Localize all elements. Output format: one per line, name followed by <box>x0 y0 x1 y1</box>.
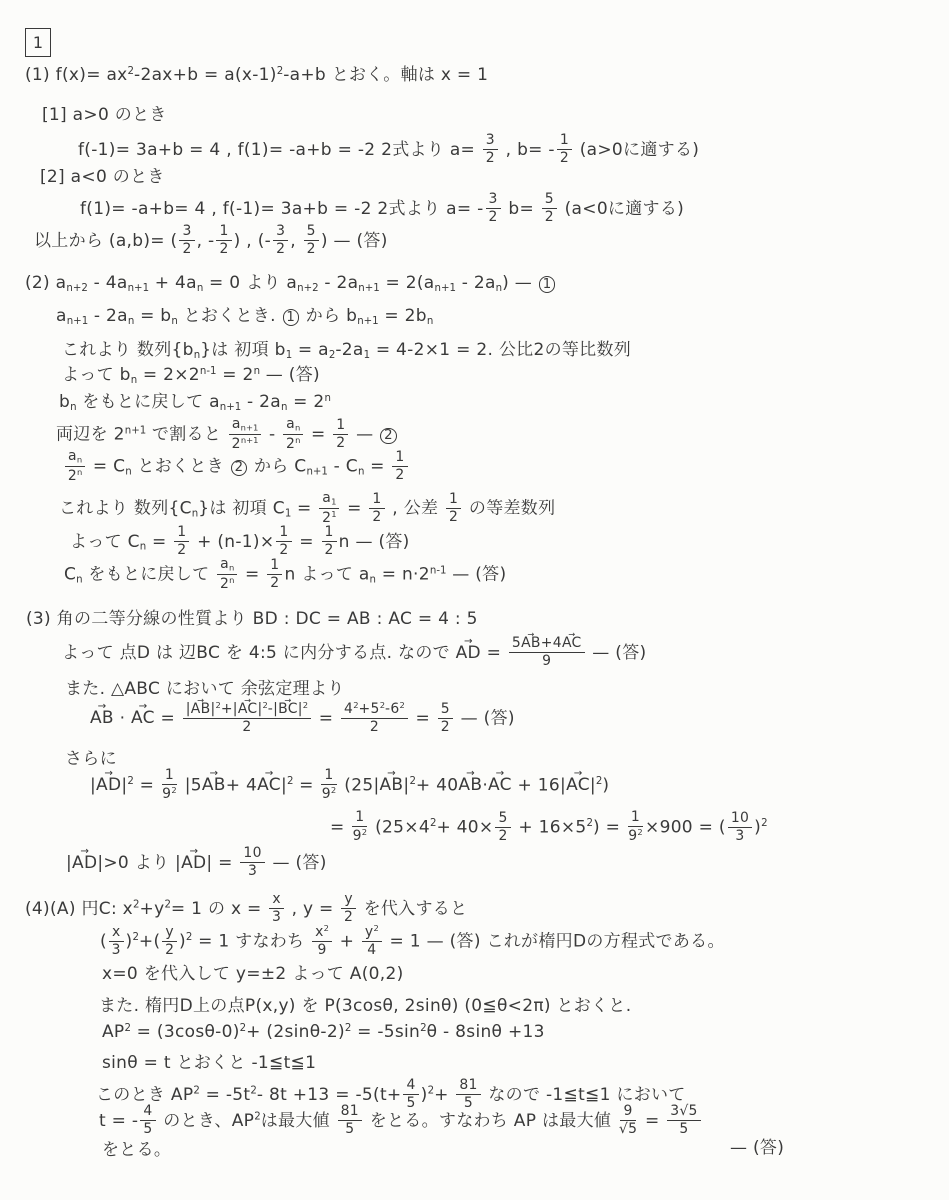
math-line: — (答) <box>730 1137 784 1159</box>
math-line: AP2 = (3cosθ-0)2+ (2sinθ-2)2 = -5sin2θ -… <box>102 1021 545 1043</box>
math-line: f(1)= -a+b= 4 , f(-1)= 3a+b = -2 2式より a=… <box>80 192 684 226</box>
math-line: bn をもとに戻して an+1 - 2an = 2n <box>59 391 331 414</box>
math-line: また. 楕円D上の点P(x,y) を P(3cosθ, 2sinθ) (0≦θ<… <box>99 995 631 1017</box>
math-line: また. △ABC において 余弦定理より <box>65 678 345 700</box>
math-line: (x3)2+(y2)2 = 1 すなわち x29 + y24 = 1 — (答)… <box>100 924 725 959</box>
math-line: をとる。 <box>102 1139 171 1161</box>
math-line: |AD|2 = 192 |5AB+ 4AC|2 = 192 (25|AB|2+ … <box>90 768 609 803</box>
math-line: (2) an+2 - 4an+1 + 4an = 0 より an+2 - 2an… <box>25 272 556 295</box>
math-line: an2n = Cn とおくとき 2 から Cn+1 - Cn = 12 <box>63 449 410 484</box>
answer-sheet: 1 (1) f(x)= ax2-2ax+b = a(x-1)2-a+b とおく。… <box>0 0 949 1200</box>
math-line: = 192 (25×42+ 40×52 + 16×52) = 192×900 =… <box>330 810 768 845</box>
math-line: よって 点D は 辺BC を 4:5 に内分する点. なので AD = 5AB+… <box>62 636 646 670</box>
math-line: [2] a<0 のとき <box>40 166 165 188</box>
math-line: (3) 角の二等分線の性質より BD : DC = AB : AC = 4 : … <box>26 608 478 630</box>
math-line: t = -45 のとき、AP2は最大値 815 をとる。すなわち AP は最大値… <box>99 1104 703 1138</box>
math-line: (4)(A) 円C: x2+y2= 1 の x = x3 , y = y2 を代… <box>25 892 467 926</box>
math-line: これより 数列{bn}は 初項 b1 = a2-2a1 = 4-2×1 = 2.… <box>62 339 631 362</box>
math-line: AB · AC = |AB|2+|AC|2-|BC|22 = 42+52-622… <box>90 701 515 736</box>
math-line: f(-1)= 3a+b = 4 , f(1)= -a+b = -2 2式より a… <box>78 133 699 167</box>
math-line: sinθ = t とおくと -1≦t≦1 <box>102 1052 316 1074</box>
math-line: よって Cn = 12 + (n-1)×12 = 12n — (答) <box>70 525 410 559</box>
math-line: Cn をもとに戻して an2n = 12n よって an = n·2n-1 — … <box>64 557 506 592</box>
math-line: 両辺を 2n+1 で割ると an+12n+1 - an2n = 12 — 2 <box>56 417 398 452</box>
math-line: (1) f(x)= ax2-2ax+b = a(x-1)2-a+b とおく。軸は… <box>25 64 488 86</box>
math-line: x=0 を代入して y=±2 よって A(0,2) <box>102 963 404 985</box>
math-line: |AD|>0 より |AD| = 103 — (答) <box>66 846 327 880</box>
solution-lines: (1) f(x)= ax2-2ax+b = a(x-1)2-a+b とおく。軸は… <box>0 0 949 1200</box>
math-line: 以上から (a,b)= (32, -12) , (-32, 52) — (答) <box>34 224 388 258</box>
math-line: an+1 - 2an = bn とおくとき. 1 から bn+1 = 2bn <box>56 305 433 328</box>
math-line: これより 数列{Cn}は 初項 C1 = a121 = 12 , 公差 12 の… <box>59 491 555 526</box>
math-line: よって bn = 2×2n-1 = 2n — (答) <box>62 364 320 387</box>
math-line: [1] a>0 のとき <box>42 104 167 126</box>
